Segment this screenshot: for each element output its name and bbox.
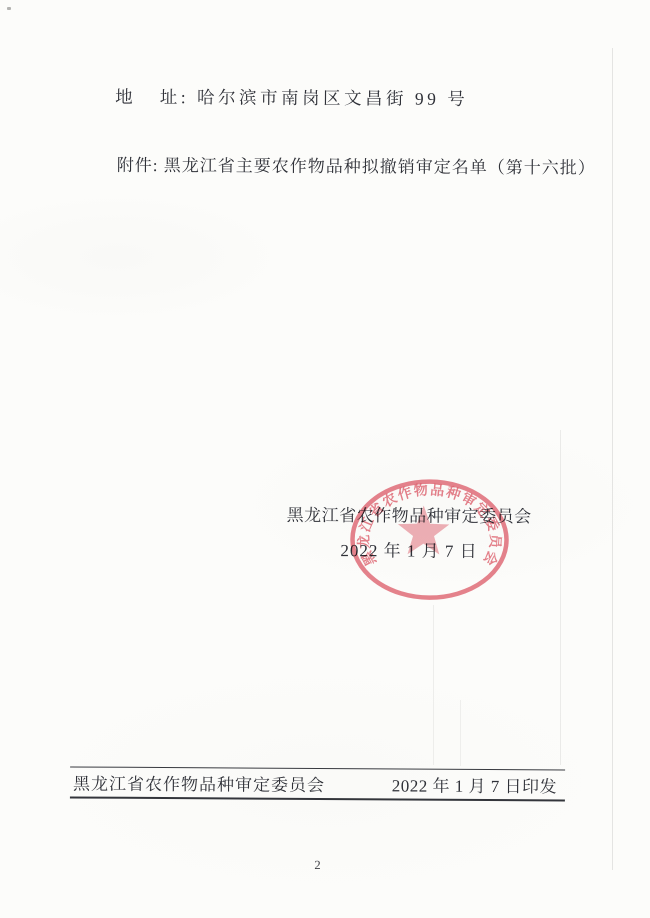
page-number: 2 xyxy=(307,858,327,873)
address-label: 地 址: xyxy=(115,87,189,107)
scan-artifact-line xyxy=(460,700,461,766)
attachment-label: 附件: xyxy=(117,156,159,175)
signature-date: 2022 年 1 月 7 日 xyxy=(340,536,477,562)
scan-speck xyxy=(7,7,11,10)
attachment-line: 附件: 黑龙江省主要农作物品种拟撤销审定名单（第十六批） xyxy=(117,151,596,179)
scanned-content: 地 址: 哈尔滨市南岗区文昌街 99 号 附件: 黑龙江省主要农作物品种拟撤销审… xyxy=(0,0,650,918)
address-line: 地 址: 哈尔滨市南岗区文昌街 99 号 xyxy=(115,84,468,111)
scan-artifact-line xyxy=(612,48,613,870)
address-value: 哈尔滨市南岗区文昌街 99 号 xyxy=(189,87,468,109)
document-page: 地 址: 哈尔滨市南岗区文昌街 99 号 附件: 黑龙江省主要农作物品种拟撤销审… xyxy=(0,0,650,918)
footer-issuer: 黑龙江省农作物品种审定委员会 xyxy=(73,769,325,796)
footer-printed-date: 2022 年 1 月 7 日印发 xyxy=(392,771,557,797)
signature-committee: 黑龙江省农作物品种审定委员会 xyxy=(287,501,532,527)
scan-artifact-line xyxy=(560,430,561,765)
attachment-value: 黑龙江省主要农作物品种拟撤销审定名单（第十六批） xyxy=(158,156,595,178)
scan-artifact-line xyxy=(433,605,434,765)
document-footer: 黑龙江省农作物品种审定委员会 2022 年 1 月 7 日印发 xyxy=(70,766,565,801)
